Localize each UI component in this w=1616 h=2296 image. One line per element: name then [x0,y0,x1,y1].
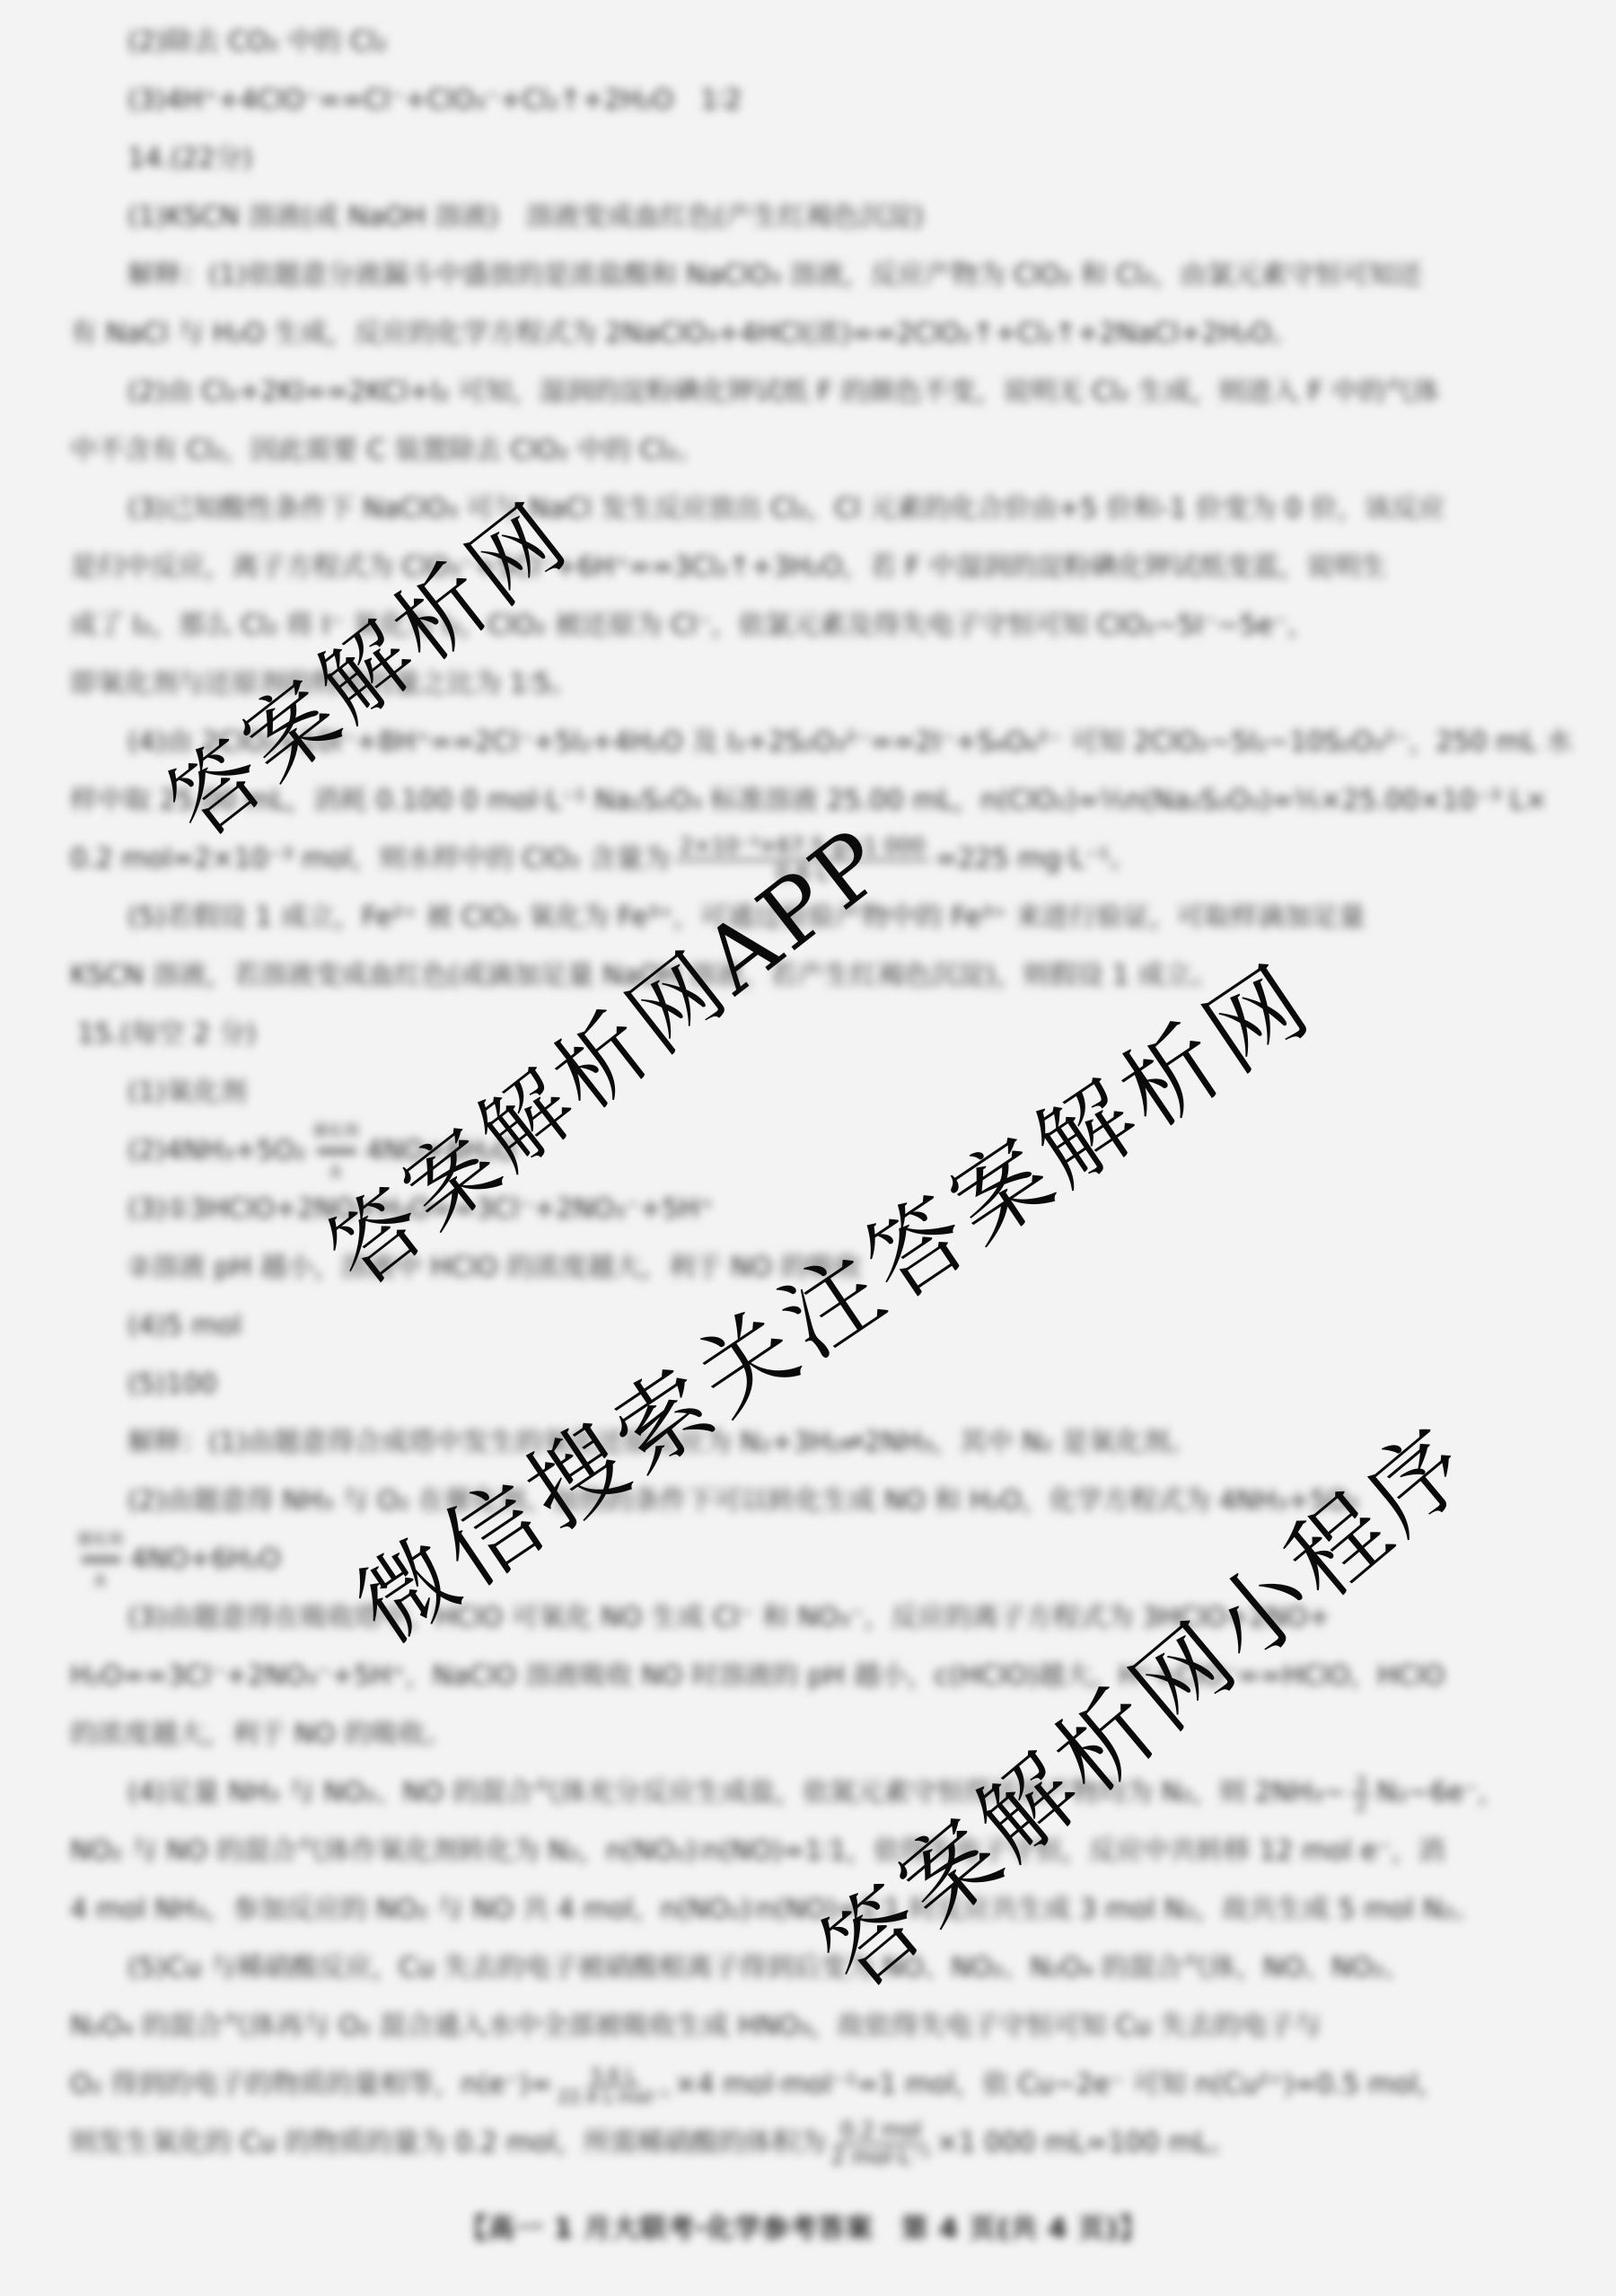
fraction: 32 [1351,1773,1372,1815]
text-line: (3)已知酸性条件下 NaClO₃ 可与 NaCl 发生反应放出 Cl₂，Cl … [70,479,1537,538]
text-line: (2)除去 CO₂ 中的 Cl₂ [70,13,1537,71]
text-line: (1)氧化剂 [70,1063,1537,1122]
text-run: ×1 000 mL=100 mL。 [936,2127,1236,2159]
text-run: (2)4NH₃+5O₂ [127,1135,305,1166]
text-run: 是归中反应，离子方程式为 ClO₃⁻+5Cl⁻+6H⁺==3Cl₂↑+3H₂O，… [70,551,1387,583]
text-run: (2)除去 CO₂ 中的 Cl₂ [127,26,387,57]
text-run: 有 NaCl 与 H₂O 生成，反应的化学方程式为 2NaClO₃+4HCl(浓… [70,318,1298,349]
text-line: 是归中反应，离子方程式为 ClO₃⁻+5Cl⁻+6H⁺==3Cl₂↑+3H₂O，… [70,538,1537,596]
text-line: (5)100 [70,1355,1537,1413]
reaction-condition: 催化剂═══Δ [312,1123,358,1180]
text-run: (4)足量 NH₃ 与 NO₂、NO 的混合气体充分反应生成盐，依氮元素守恒得还… [127,1777,1346,1808]
text-run: =225 mg·L⁻¹。 [935,843,1136,875]
text-run: H₂O==3Cl⁻+2NO₃⁻+5H⁺，NaClO 溶液吸收 NO 时溶液的 p… [70,1660,1445,1692]
text-run: (4)5 mol [127,1310,242,1342]
text-line: 4 mol NH₃，参加反应的 NO₂ 与 NO 共 4 mol，n(NO₂)∶… [70,1880,1537,1939]
text-run: 解释：(1)依题意分液漏斗中盛放的是浓盐酸和 NaClO₃ 溶液，反应产物为 C… [127,260,1422,291]
text-line: 的浓度越大，利于 NO 的吸收。 [70,1705,1537,1764]
text-line: 有 NaCl 与 H₂O 生成，反应的化学方程式为 2NaClO₃+4HCl(浓… [70,304,1537,363]
text-line: (1)KSCN 溶液(或 NaOH 溶液) 溶液变成血红色(产生红褐色沉淀) [70,188,1537,246]
text-run: (3)①3HClO+2NO+H₂O==3Cl⁻+2NO₃⁻+5H⁺ [127,1193,714,1225]
text-line: 成了 I₂，那么 Cl₂ 将 I⁻ 氧化为 I₂，ClO₂ 被还原为 Cl⁻，依… [70,596,1537,655]
text-run: N₂~6e⁻， [1376,1777,1505,1808]
body-lines: (2)除去 CO₂ 中的 Cl₂(3)4H⁺+4ClO⁻==Cl⁻+ClO₃⁻+… [70,13,1537,2172]
text-run: 的浓度越大，利于 NO 的吸收。 [70,1719,452,1750]
text-line: N₂O₄ 的混合气体再与 O₂ 混合通入水中全部被吸收生成 HNO₃，故依得失电… [70,1997,1537,2055]
text-line: (5)若假设 1 成立，Fe²⁺ 被 ClO₂ 氧化为 Fe³⁺，可通过检验产物… [70,888,1537,946]
text-run: (2)由题意得 NH₃ 与 O₂ 在催化剂、加热的条件下可以转化生成 NO 和 … [127,1485,1359,1517]
text-line: 中不含有 Cl₂，因此需要 C 装置除去 ClO₂ 中的 Cl₂。 [70,421,1537,479]
text-line: (5)Cu 与稀硝酸反应，Cu 失去的电子被硝酸根离子得到后变为 NO、NO₂、… [70,1939,1537,1997]
text-line: 样中取 25.00 mL，消耗 0.100 0 mol·L⁻¹ Na₂S₂O₃ … [70,771,1537,830]
text-run: 0.2 mol=2×10⁻³ mol，则水样中的 ClO₂ 含量为 [70,843,670,875]
text-line: 解释：(1)依题意分液漏斗中盛放的是浓盐酸和 NaClO₃ 溶液，反应产物为 C… [70,246,1537,304]
text-run: (1)KSCN 溶液(或 NaOH 溶液) 溶液变成血红色(产生红褐色沉淀) [127,201,924,233]
text-line: (4)5 mol [70,1297,1537,1355]
fraction: 2×10⁻³×67.5 g×1 0000.6 L [675,834,929,885]
fraction: 5.6 L22.4 L·mol⁻¹ [558,2065,669,2107]
text-run: ×4 mol·mol⁻¹=1 mol，依 Cu~2e⁻ 可知 n(Cu²⁺)=0… [674,2069,1445,2100]
text-line: 催化剂═══Δ4NO+6H₂O [70,1530,1537,1588]
text-run: 14.(22分) [127,143,252,174]
text-line: 15.(每空 2 分) [70,1005,1537,1063]
text-line: 解释：(1)由题意得合成塔中发生的氧化还原反应为 N₂+3H₂⇌2NH₃，其中 … [70,1413,1537,1472]
text-line: (3)由题意得在吸收塔中，HClO 可氧化 NO 生成 Cl⁻ 和 NO₃⁻，反… [70,1588,1537,1647]
text-run: 4 mol NH₃，参加反应的 NO₂ 与 NO 共 4 mol，n(NO₂)∶… [70,1894,1480,1925]
text-run: KSCN 溶液，若溶液变成血红色(或滴加足量 NaOH 溶液，若产生红褐色沉淀)… [70,960,1218,991]
text-line: 即氧化剂与还原剂的物质的量之比为 1∶5。 [70,655,1537,713]
text-run: (3)4H⁺+4ClO⁻==Cl⁻+ClO₃⁻+Cl₂↑+2H₂O 1∶2 [127,84,742,116]
text-run: (5)100 [127,1368,217,1400]
text-run: 样中取 25.00 mL，消耗 0.100 0 mol·L⁻¹ Na₂S₂O₃ … [70,785,1547,816]
text-line: O₂ 得到的电子的物质的量相等，n(e⁻)=5.6 L22.4 L·mol⁻¹×… [70,2055,1537,2114]
text-line: (4)由 2ClO₂+10I⁻+8H⁺==2Cl⁻+5I₂+4H₂O 及 I₂+… [70,713,1537,771]
text-run: 4NO+6H₂O [130,1544,281,1575]
text-run: (5)若假设 1 成立，Fe²⁺ 被 ClO₂ 氧化为 Fe³⁺，可通过检验产物… [127,902,1366,933]
text-line: NO₂ 与 NO 的混合气体作氧化剂转化为 N₂，n(NO₂)∶n(NO)=1∶… [70,1822,1537,1880]
text-run: 解释：(1)由题意得合成塔中发生的氧化还原反应为 N₂+3H₂⇌2NH₃，其中 … [127,1427,1196,1458]
text-run: 即氧化剂与还原剂的物质的量之比为 1∶5。 [70,668,578,699]
text-line: H₂O==3Cl⁻+2NO₃⁻+5H⁺，NaClO 溶液吸收 NO 时溶液的 p… [70,1647,1537,1705]
reaction-condition: 催化剂═══Δ [77,1532,123,1588]
text-line: (3)4H⁺+4ClO⁻==Cl⁻+ClO₃⁻+Cl₂↑+2H₂O 1∶2 [70,71,1537,129]
text-line: 则发生氧化的 Cu 的物质的量为 0.2 mol，所需稀硝酸的体积为0.2 mo… [70,2114,1537,2172]
scanned-answer-content: (2)除去 CO₂ 中的 Cl₂(3)4H⁺+4ClO⁻==Cl⁻+ClO₃⁻+… [0,0,1616,2296]
text-run: 4NO+6H₂O [365,1135,516,1166]
text-run: (3)由题意得在吸收塔中，HClO 可氧化 NO 生成 Cl⁻ 和 NO₃⁻，反… [127,1602,1331,1633]
text-line: 14.(22分) [70,129,1537,188]
text-run: O₂ 得到的电子的物质的量相等，n(e⁻)= [70,2069,552,2100]
text-run: 成了 I₂，那么 Cl₂ 将 I⁻ 氧化为 I₂，ClO₂ 被还原为 Cl⁻，依… [70,610,1314,641]
text-run: (3)已知酸性条件下 NaClO₃ 可与 NaCl 发生反应放出 Cl₂，Cl … [127,493,1445,524]
text-line: (4)足量 NH₃ 与 NO₂、NO 的混合气体充分反应生成盐，依氮元素守恒得还… [70,1764,1537,1822]
text-line: ②溶液 pH 越小，溶液中 HClO 的浓度越大，利于 NO 的吸收 [70,1238,1537,1297]
text-line: (2)由题意得 NH₃ 与 O₂ 在催化剂、加热的条件下可以转化生成 NO 和 … [70,1472,1537,1530]
text-run: N₂O₄ 的混合气体再与 O₂ 混合通入水中全部被吸收生成 HNO₃，故依得失电… [70,2010,1322,2042]
text-line: KSCN 溶液，若溶液变成血红色(或滴加足量 NaOH 溶液，若产生红褐色沉淀)… [70,946,1537,1005]
text-run: NO₂ 与 NO 的混合气体作氧化剂转化为 N₂，n(NO₂)∶n(NO)=1∶… [70,1835,1445,1867]
fraction: 0.2 mol2 mol·L⁻¹ [831,2118,931,2169]
page-footer-label: 【高一 1 月大联考·化学参考答案 第 4 页(共 4 页)】 [70,2206,1537,2246]
text-run: 15.(每空 2 分) [77,1018,256,1050]
text-line: (3)①3HClO+2NO+H₂O==3Cl⁻+2NO₃⁻+5H⁺ [70,1180,1537,1238]
document-page: (2)除去 CO₂ 中的 Cl₂(3)4H⁺+4ClO⁻==Cl⁻+ClO₃⁻+… [0,0,1616,2296]
text-run: (1)氧化剂 [127,1077,247,1108]
text-run: 中不含有 Cl₂，因此需要 C 装置除去 ClO₂ 中的 Cl₂。 [70,435,704,466]
text-line: (2)由 Cl₂+2KI==2KCl+I₂ 可知，湿润的淀粉碘化钾试纸 F 的颜… [70,363,1537,421]
text-run: (2)由 Cl₂+2KI==2KCl+I₂ 可知，湿润的淀粉碘化钾试纸 F 的颜… [127,376,1439,408]
text-run: (5)Cu 与稀硝酸反应，Cu 失去的电子被硝酸根离子得到后变为 NO、NO₂、… [127,1952,1410,1984]
text-run: ②溶液 pH 越小，溶液中 HClO 的浓度越大，利于 NO 的吸收 [127,1252,861,1283]
text-line: (2)4NH₃+5O₂催化剂═══Δ4NO+6H₂O [70,1122,1537,1180]
text-run: (4)由 2ClO₂+10I⁻+8H⁺==2Cl⁻+5I₂+4H₂O 及 I₂+… [127,726,1572,758]
text-line: 0.2 mol=2×10⁻³ mol，则水样中的 ClO₂ 含量为2×10⁻³×… [70,830,1537,888]
text-run: 则发生氧化的 Cu 的物质的量为 0.2 mol，所需稀硝酸的体积为 [70,2127,826,2159]
